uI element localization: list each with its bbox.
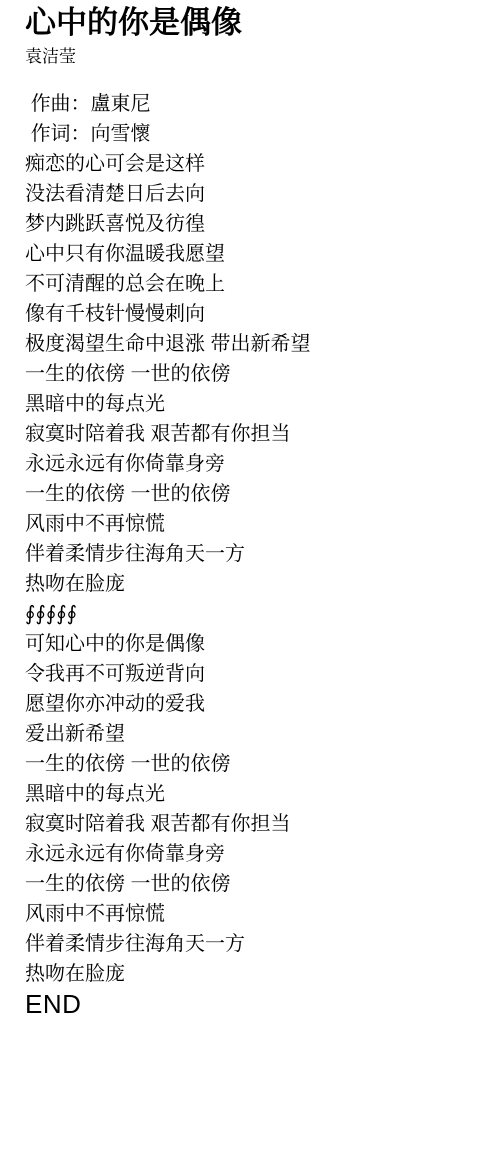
lyric-line: 作曲：盧東尼 <box>25 89 480 119</box>
lyric-line: 作词：向雪懷 <box>25 119 480 149</box>
lyric-line: 令我再不可叛逆背向 <box>25 659 480 689</box>
lyric-line: 心中只有你温暖我愿望 <box>25 239 480 269</box>
lyric-line: 一生的依傍 一世的依傍 <box>25 749 480 779</box>
lyric-line: 风雨中不再惊慌 <box>25 899 480 929</box>
end-marker: END <box>25 989 480 1019</box>
lyric-line: 愿望你亦冲动的爱我 <box>25 689 480 719</box>
lyric-line: 寂寞时陪着我 艰苦都有你担当 <box>25 419 480 449</box>
lyric-line: 痴恋的心可会是这样 <box>25 149 480 179</box>
lyric-line: 像有千枝针慢慢刺向 <box>25 299 480 329</box>
lyric-line: 伴着柔情步往海角天一方 <box>25 929 480 959</box>
lyric-line: 爱出新希望 <box>25 719 480 749</box>
lyric-line: 永远永远有你倚靠身旁 <box>25 449 480 479</box>
lyric-line: 风雨中不再惊慌 <box>25 509 480 539</box>
lyric-line: 热吻在脸庞 <box>25 569 480 599</box>
lyric-line: ∮∮∮∮∮ <box>25 599 480 629</box>
lyric-line: 一生的依傍 一世的依傍 <box>25 869 480 899</box>
lyric-line: 没法看清楚日后去向 <box>25 179 480 209</box>
lyrics-block: 作曲：盧東尼 作词：向雪懷痴恋的心可会是这样没法看清楚日后去向梦内跳跃喜悦及彷徨… <box>25 89 480 989</box>
lyric-line: 黑暗中的每点光 <box>25 389 480 419</box>
lyric-line: 梦内跳跃喜悦及彷徨 <box>25 209 480 239</box>
page-title: 心中的你是偶像 <box>25 4 480 42</box>
lyric-line: 热吻在脸庞 <box>25 959 480 989</box>
lyric-line: 可知心中的你是偶像 <box>25 629 480 659</box>
lyric-line: 永远永远有你倚靠身旁 <box>25 839 480 869</box>
lyric-line: 伴着柔情步往海角天一方 <box>25 539 480 569</box>
lyric-line: 寂寞时陪着我 艰苦都有你担当 <box>25 809 480 839</box>
lyric-line: 极度渴望生命中退涨 带出新希望 <box>25 329 480 359</box>
lyric-line: 一生的依傍 一世的依傍 <box>25 479 480 509</box>
lyric-line: 一生的依傍 一世的依傍 <box>25 359 480 389</box>
artist-name: 袁洁莹 <box>25 46 480 68</box>
lyrics-page: 心中的你是偶像 袁洁莹 作曲：盧東尼 作词：向雪懷痴恋的心可会是这样没法看清楚日… <box>0 0 500 1150</box>
lyric-line: 黑暗中的每点光 <box>25 779 480 809</box>
lyric-line: 不可清醒的总会在晚上 <box>25 269 480 299</box>
